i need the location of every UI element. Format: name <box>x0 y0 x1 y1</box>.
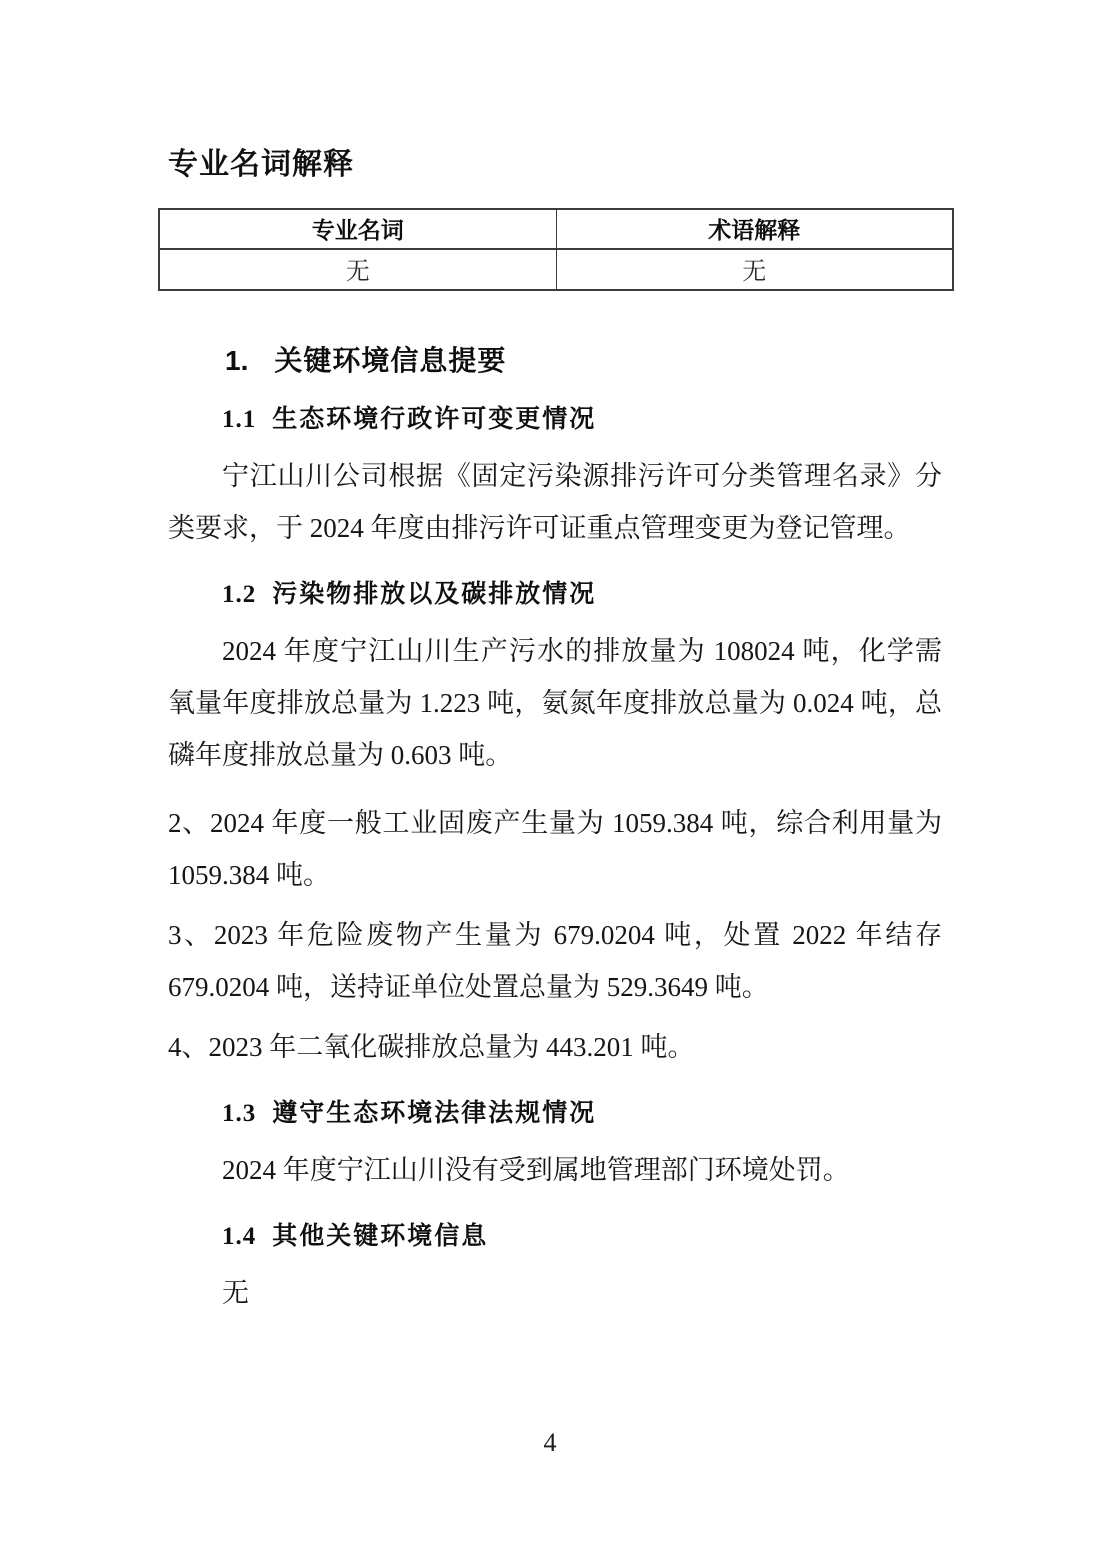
section-1-title: 关键环境信息提要 <box>274 345 506 376</box>
page-number: 4 <box>0 1428 1100 1458</box>
section-1-3-number: 1.3 <box>222 1100 256 1127</box>
glossary-header-row: 专业名词 术语解释 <box>159 209 953 249</box>
section-1-3-heading: 1.3遵守生态环境法律法规情况 <box>222 1097 954 1131</box>
section-1-4-heading: 1.4其他关键环境信息 <box>222 1220 954 1254</box>
section-1-1-paragraph: 宁江山川公司根据《固定污染源排污许可分类管理名录》分类要求，于 2024 年度由… <box>168 450 942 554</box>
section-1-number: 1. <box>225 345 248 376</box>
section-1-1-heading: 1.1生态环境行政许可变更情况 <box>222 403 954 437</box>
section-1-1-number: 1.1 <box>222 406 256 433</box>
page-content: 专业名词解释 专业名词 术语解释 无 无 1.关键环境信息提要 1.1生态环境行… <box>158 146 954 1335</box>
section-1-1-title: 生态环境行政许可变更情况 <box>272 406 596 433</box>
section-1-2-number: 1.2 <box>222 581 256 608</box>
section-1-3-paragraph: 2024 年度宁江山川没有受到属地管理部门环境处罚。 <box>222 1144 942 1196</box>
table-row: 无 无 <box>159 249 953 290</box>
section-1-2-item-4: 4、2023 年二氧化碳排放总量为 443.201 吨。 <box>168 1021 942 1073</box>
section-1-heading: 1.关键环境信息提要 <box>225 343 954 379</box>
section-1-2-item-2: 2、2024 年度一般工业固废产生量为 1059.384 吨，综合利用量为 10… <box>168 797 942 901</box>
section-1-3-title: 遵守生态环境法律法规情况 <box>272 1100 596 1127</box>
glossary-table: 专业名词 术语解释 无 无 <box>158 208 954 291</box>
glossary-definition-cell: 无 <box>556 249 953 290</box>
section-1-2-item-3: 3、2023 年危险废物产生量为 679.0204 吨，处置 2022 年结存 … <box>168 909 942 1013</box>
glossary-title: 专业名词解释 <box>168 146 954 184</box>
section-1-4-title: 其他关键环境信息 <box>272 1223 488 1250</box>
section-1-2-heading: 1.2污染物排放以及碳排放情况 <box>222 578 954 612</box>
section-1-2-paragraph-1: 2024 年度宁江山川生产污水的排放量为 108024 吨，化学需氧量年度排放总… <box>168 625 942 781</box>
document-page: 专业名词解释 专业名词 术语解释 无 无 1.关键环境信息提要 1.1生态环境行… <box>0 0 1100 1555</box>
glossary-term-cell: 无 <box>159 249 556 290</box>
section-1-4-number: 1.4 <box>222 1223 256 1250</box>
section-1-4-paragraph: 无 <box>222 1267 942 1319</box>
glossary-col-definition: 术语解释 <box>556 209 953 249</box>
glossary-col-term: 专业名词 <box>159 209 556 249</box>
section-1-2-title: 污染物排放以及碳排放情况 <box>272 581 596 608</box>
